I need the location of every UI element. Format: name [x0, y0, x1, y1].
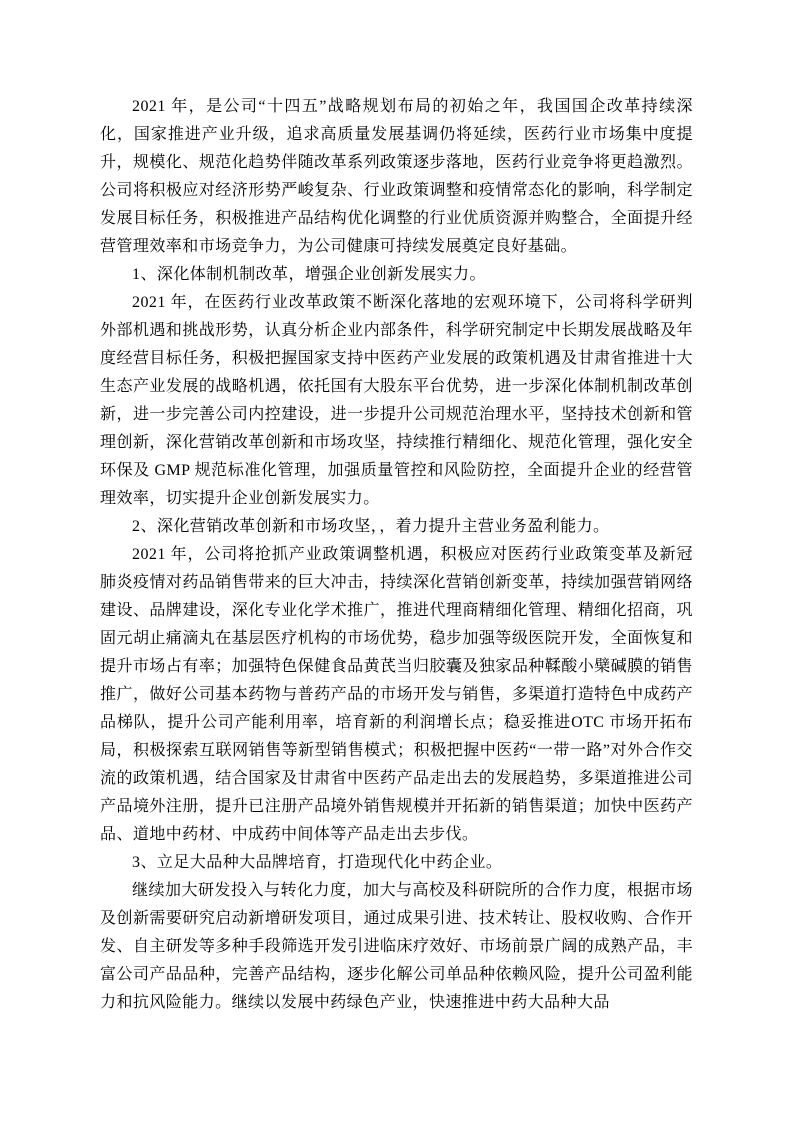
list-heading-paragraph: 2、深化营销改革创新和市场攻坚，，着力提升主营业务盈利能力。	[100, 513, 693, 541]
list-heading-paragraph: 3、立足大品种大品牌培育，打造现代化中药企业。	[100, 849, 693, 877]
document-page: 2021 年，是公司“十四五”战略规划布局的初始之年，我国国企改革持续深化，国家…	[0, 0, 793, 1122]
document-body: 2021 年，是公司“十四五”战略规划布局的初始之年，我国国企改革持续深化，国家…	[100, 93, 693, 1017]
body-paragraph: 2021 年，公司将抢抓产业政策调整机遇，积极应对医药行业政策变革及新冠肺炎疫情…	[100, 541, 693, 849]
list-heading-paragraph: 1、深化体制机制改革，增强企业创新发展实力。	[100, 261, 693, 289]
body-paragraph: 2021 年，在医药行业改革政策不断深化落地的宏观环境下，公司将科学研判外部机遇…	[100, 289, 693, 513]
body-paragraph: 2021 年，是公司“十四五”战略规划布局的初始之年，我国国企改革持续深化，国家…	[100, 93, 693, 261]
body-paragraph: 继续加大研发投入与转化力度，加大与高校及科研院所的合作力度，根据市场及创新需要研…	[100, 877, 693, 1017]
